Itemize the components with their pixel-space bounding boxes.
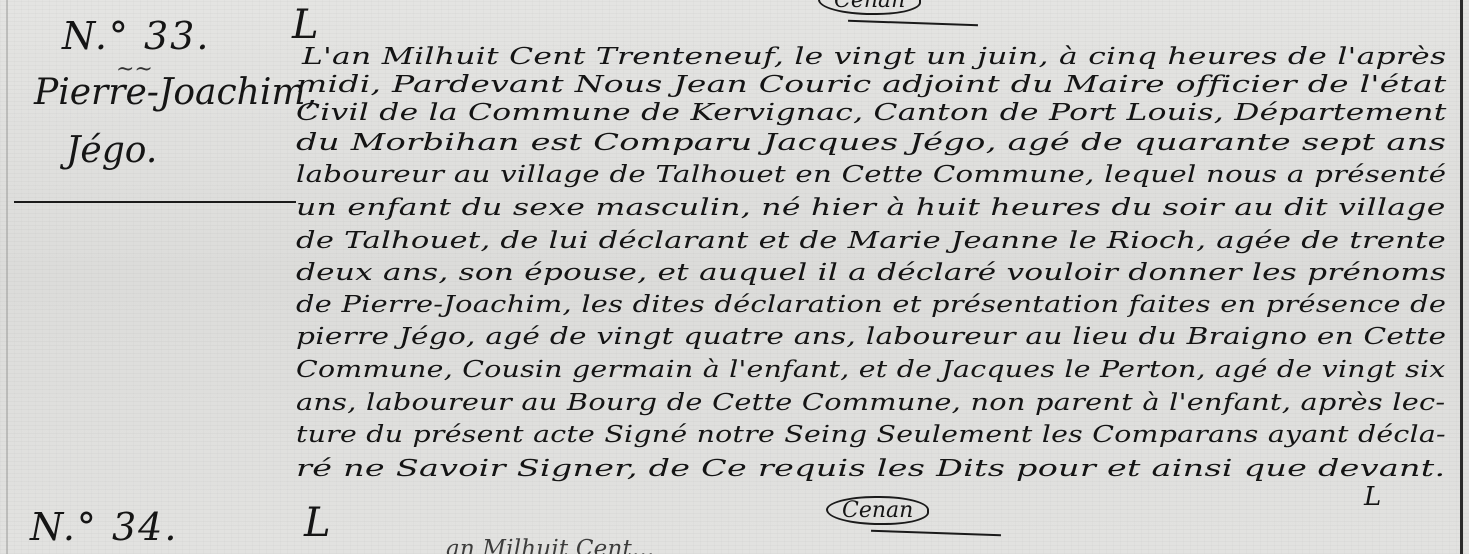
entry-34-line-1: an Milhuit Cent...: [446, 536, 654, 554]
closing-mark: L: [1364, 482, 1381, 512]
margin-given-names: Pierre-Joachim,: [34, 72, 317, 113]
initial-letter: L: [292, 2, 319, 48]
officer-signature: Cenan: [826, 496, 929, 525]
entry-number-33: N.° 33.: [62, 14, 210, 58]
body-line-10: pierre Jégo, agé de vingt quatre ans, la…: [296, 324, 1446, 350]
body-line-7: de Talhouet, de lui déclarant et de Mari…: [296, 228, 1446, 254]
entry-number-34: N.° 34.: [30, 505, 178, 549]
body-line-4: du Morbihan est Comparu Jacques Jégo, ag…: [296, 130, 1446, 156]
page-right-border: [1460, 0, 1463, 554]
body-line-2: midi, Pardevant Nous Jean Couric adjoint…: [296, 72, 1447, 98]
body-line-14: ré ne Savoir Signer, de Ce requis les Di…: [296, 456, 1445, 482]
signature-flourish: [871, 530, 1001, 537]
entry-34-initial-letter: L: [304, 500, 331, 546]
body-line-5: laboureur au village de Talhouet en Cett…: [296, 162, 1446, 188]
body-line-9: de Pierre-Joachim, les dites déclaration…: [296, 292, 1446, 318]
body-line-1: L'an Milhuit Cent Trenteneuf, le vingt u…: [302, 44, 1446, 70]
entry-33-body: L L'an Milhuit Cent Trenteneuf, le vingt…: [296, 0, 1456, 554]
entry-margin: N.° 33. ~~ Pierre-Joachim, Jégo. N.° 34.: [0, 0, 290, 554]
body-line-12: ans, laboureur au Bourg de Cette Commune…: [296, 390, 1445, 416]
body-line-11: Commune, Cousin germain à l'enfant, et d…: [296, 357, 1446, 383]
body-line-6: un enfant du sexe masculin, né hier à hu…: [296, 195, 1446, 221]
body-line-8: deux ans, son épouse, et auquel il a déc…: [296, 260, 1446, 286]
body-line-13: ture du présent acte Signé notre Seing S…: [296, 422, 1446, 448]
margin-surname: Jégo.: [66, 130, 157, 171]
body-line-3: Civil de la Commune de Kervignac, Canton…: [296, 100, 1447, 126]
margin-divider: [14, 201, 296, 203]
